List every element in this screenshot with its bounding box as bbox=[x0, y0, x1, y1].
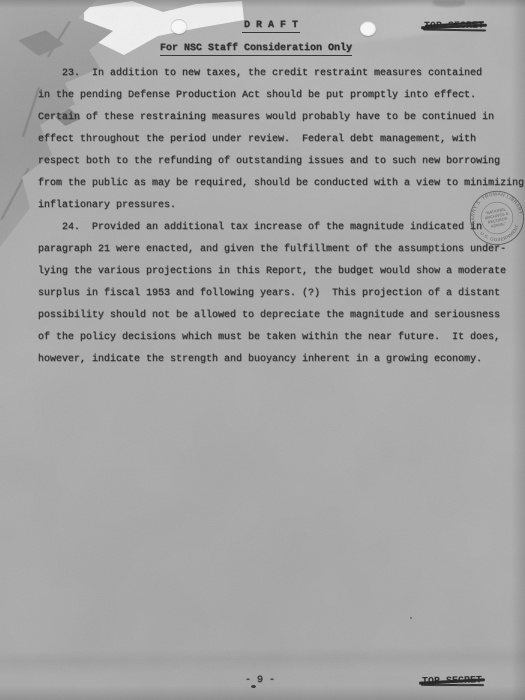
paper-wrinkle-band bbox=[0, 645, 525, 674]
text-line: paragraph 21 were enacted, and given the… bbox=[38, 239, 524, 261]
classification-stamp-top: TOP SECRET bbox=[424, 21, 484, 33]
text-line: effect throughout the period under revie… bbox=[38, 129, 524, 151]
text-line: of the policy decisions which must be ta… bbox=[38, 327, 524, 349]
classification-stamp-bottom: TOP SECRET bbox=[422, 675, 482, 687]
scanned-document-page: D R A F T TOP SECRET For NSC Staff Consi… bbox=[0, 0, 525, 700]
paper-crease-highlight bbox=[299, 0, 522, 49]
text-line: 24. Provided an additional tax increase … bbox=[38, 217, 524, 239]
punch-hole bbox=[171, 19, 187, 34]
page-number: - 9 - bbox=[245, 675, 275, 686]
text-line: respect both to the refunding of outstan… bbox=[38, 151, 524, 173]
ink-speck bbox=[410, 617, 412, 619]
classification-text: TOP SECRET bbox=[422, 675, 482, 687]
top-edge-notch bbox=[433, 0, 465, 7]
paper-fold-line bbox=[1, 168, 30, 220]
document-subtitle: For NSC Staff Consideration Only bbox=[160, 43, 352, 56]
paragraph: 24. Provided an additional tax increase … bbox=[38, 217, 524, 371]
paragraph: 23. In addition to new taxes, the credit… bbox=[38, 63, 524, 217]
text-line: possibility should not be allowed to dep… bbox=[38, 305, 524, 327]
ink-speck bbox=[463, 92, 465, 94]
document-body: 23. In addition to new taxes, the credit… bbox=[38, 63, 524, 371]
text-line: Certain of these restraining measures wo… bbox=[38, 107, 524, 129]
text-line: in the pending Defense Production Act sh… bbox=[38, 85, 524, 107]
text-line: inflationary pressures. bbox=[38, 195, 524, 217]
page-edge-shadow-bottom bbox=[0, 686, 525, 700]
text-line: surplus in fiscal 1953 and following yea… bbox=[38, 283, 524, 305]
text-line: 23. In addition to new taxes, the credit… bbox=[38, 63, 524, 85]
text-line: from the public as may be required, shou… bbox=[38, 173, 524, 195]
text-line: lying the various projections in this Re… bbox=[38, 261, 524, 283]
ink-speck bbox=[251, 685, 256, 688]
text-line: however, indicate the strength and buoya… bbox=[38, 349, 524, 371]
draft-title: D R A F T bbox=[242, 20, 300, 33]
punch-hole bbox=[360, 21, 376, 36]
